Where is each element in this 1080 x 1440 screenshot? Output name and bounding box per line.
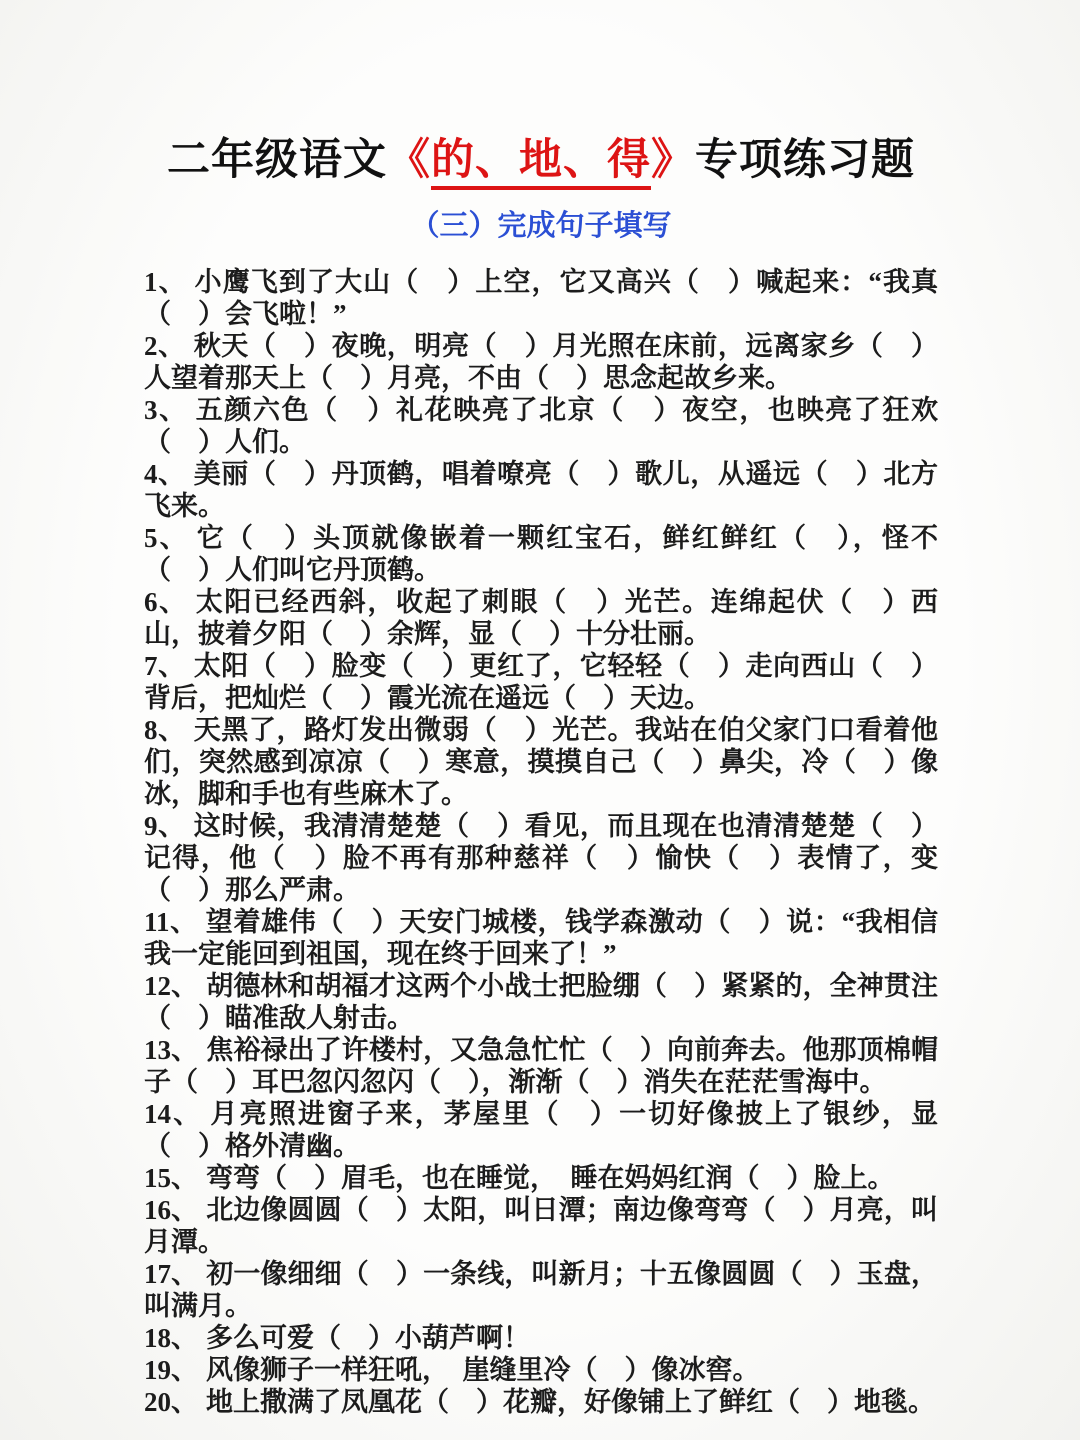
question-item: 12、胡德林和胡福才这两个小战士把脸绷（ ）紧紧的，全神贯注（ ）瞄准敌人射击。 xyxy=(144,970,938,1034)
question-item: 20、地上撒满了凤凰花（ ）花瓣，好像铺上了鲜红（ ）地毯。 xyxy=(144,1386,938,1418)
title-prefix: 二年级语文 xyxy=(167,137,387,184)
question-text: 地上撒满了凤凰花（ ）花瓣，好像铺上了鲜红（ ）地毯。 xyxy=(206,1387,935,1417)
question-text: 这时候，我清清楚楚（ ）看见，而且现在也清清楚楚（ ）记得，他（ ）脸不再有那种… xyxy=(144,811,938,905)
question-number: 3、 xyxy=(144,395,188,425)
question-item: 17、初一像细细（ ）一条线，叫新月；十五像圆圆（ ）玉盘，叫满月。 xyxy=(144,1258,938,1322)
question-number: 13、 xyxy=(144,1035,198,1065)
worksheet-page: 二年级语文《的、地、得》专项练习题 （三）完成句子填写 1、小鹰飞到了大山（ ）… xyxy=(0,0,1080,1440)
question-item: 1、小鹰飞到了大山（ ）上空，它又高兴（ ）喊起来：“我真（ ）会飞啦！” xyxy=(144,266,938,330)
question-number: 9、 xyxy=(144,811,186,841)
question-list: 1、小鹰飞到了大山（ ）上空，它又高兴（ ）喊起来：“我真（ ）会飞啦！” 2、… xyxy=(144,266,938,1418)
question-text: 秋天（ ）夜晚，明亮（ ）月光照在床前，远离家乡（ ）人望着那天上（ ）月亮，不… xyxy=(144,331,938,393)
page-subtitle: （三）完成句子填写 xyxy=(144,203,938,244)
question-item: 11、望着雄伟（ ）天安门城楼，钱学森激动（ ）说：“我相信我一定能回到祖国，现… xyxy=(144,906,938,970)
question-item: 14、月亮照进窗子来，茅屋里（ ）一切好像披上了银纱，显（ ）格外清幽。 xyxy=(144,1098,938,1162)
question-item: 16、北边像圆圆（ ）太阳，叫日潭；南边像弯弯（ ）月亮，叫月潭。 xyxy=(144,1194,938,1258)
question-item: 2、秋天（ ）夜晚，明亮（ ）月光照在床前，远离家乡（ ）人望着那天上（ ）月亮… xyxy=(144,330,938,394)
question-item: 18、多么可爱（ ）小葫芦啊！ xyxy=(144,1322,938,1354)
question-text: 胡德林和胡福才这两个小战士把脸绷（ ）紧紧的，全神贯注（ ）瞄准敌人射击。 xyxy=(144,971,938,1033)
question-text: 多么可爱（ ）小葫芦啊！ xyxy=(206,1323,530,1353)
question-number: 19、 xyxy=(144,1355,198,1385)
title-highlight: 的、地、得 xyxy=(431,137,651,190)
question-item: 9、这时候，我清清楚楚（ ）看见，而且现在也清清楚楚（ ）记得，他（ ）脸不再有… xyxy=(144,810,938,906)
question-text: 太阳已经西斜，收起了刺眼（ ）光芒。连绵起伏（ ）西山，披着夕阳（ ）余辉，显（… xyxy=(144,587,938,649)
question-number: 20、 xyxy=(144,1387,198,1417)
question-text: 太阳（ ）脸变（ ）更红了，它轻轻（ ）走向西山（ ）背后，把灿烂（ ）霞光流在… xyxy=(144,651,938,713)
question-number: 12、 xyxy=(144,971,198,1001)
question-text: 焦裕禄出了许楼村，又急急忙忙（ ）向前奔去。他那顶棉帽子（ ）耳巴忽闪忽闪（ ）… xyxy=(144,1035,938,1097)
title-bracket-close: 》 xyxy=(651,137,695,184)
question-item: 8、天黑了，路灯发出微弱（ ）光芒。我站在伯父家门口看着他们，突然感到凉凉（ ）… xyxy=(144,714,938,810)
question-item: 4、美丽（ ）丹顶鹤，唱着嘹亮（ ）歌儿，从遥远（ ）北方飞来。 xyxy=(144,458,938,522)
question-number: 5、 xyxy=(144,523,189,553)
question-text: 美丽（ ）丹顶鹤，唱着嘹亮（ ）歌儿，从遥远（ ）北方飞来。 xyxy=(144,459,938,521)
question-number: 1、 xyxy=(144,267,187,297)
question-text: 它（ ）头顶就像嵌着一颗红宝石，鲜红鲜红（ ），怪不（ ）人们叫它丹顶鹤。 xyxy=(144,523,938,585)
question-item: 13、焦裕禄出了许楼村，又急急忙忙（ ）向前奔去。他那顶棉帽子（ ）耳巴忽闪忽闪… xyxy=(144,1034,938,1098)
question-number: 4、 xyxy=(144,459,186,489)
question-number: 14、 xyxy=(144,1099,202,1129)
question-item: 7、太阳（ ）脸变（ ）更红了，它轻轻（ ）走向西山（ ）背后，把灿烂（ ）霞光… xyxy=(144,650,938,714)
question-text: 弯弯（ ）眉毛，也在睡觉， 睡在妈妈红润（ ）脸上。 xyxy=(206,1163,895,1193)
question-number: 2、 xyxy=(144,331,186,361)
question-text: 北边像圆圆（ ）太阳，叫日潭；南边像弯弯（ ）月亮，叫月潭。 xyxy=(144,1195,938,1257)
question-item: 6、太阳已经西斜，收起了刺眼（ ）光芒。连绵起伏（ ）西山，披着夕阳（ ）余辉，… xyxy=(144,586,938,650)
question-number: 6、 xyxy=(144,587,188,617)
question-item: 3、五颜六色（ ）礼花映亮了北京（ ）夜空，也映亮了狂欢（ ）人们。 xyxy=(144,394,938,458)
question-text: 天黑了，路灯发出微弱（ ）光芒。我站在伯父家门口看着他们，突然感到凉凉（ ）寒意… xyxy=(144,715,938,809)
question-number: 18、 xyxy=(144,1323,198,1353)
question-number: 17、 xyxy=(144,1259,198,1289)
question-text: 风像狮子一样狂吼， 崖缝里冷（ ）像冰窖。 xyxy=(206,1355,760,1385)
question-item: 19、风像狮子一样狂吼， 崖缝里冷（ ）像冰窖。 xyxy=(144,1354,938,1386)
question-text: 五颜六色（ ）礼花映亮了北京（ ）夜空，也映亮了狂欢（ ）人们。 xyxy=(144,395,938,457)
question-number: 7、 xyxy=(144,651,186,681)
question-item: 5、它（ ）头顶就像嵌着一颗红宝石，鲜红鲜红（ ），怪不（ ）人们叫它丹顶鹤。 xyxy=(144,522,938,586)
page-title: 二年级语文《的、地、得》专项练习题 xyxy=(144,126,938,187)
title-suffix: 专项练习题 xyxy=(695,137,915,184)
question-item: 15、弯弯（ ）眉毛，也在睡觉， 睡在妈妈红润（ ）脸上。 xyxy=(144,1162,938,1194)
question-text: 月亮照进窗子来，茅屋里（ ）一切好像披上了银纱，显（ ）格外清幽。 xyxy=(144,1099,938,1161)
question-number: 16、 xyxy=(144,1195,198,1225)
title-bracket-open: 《 xyxy=(387,137,431,184)
question-text: 小鹰飞到了大山（ ）上空，它又高兴（ ）喊起来：“我真（ ）会飞啦！” xyxy=(144,267,938,329)
question-number: 15、 xyxy=(144,1163,198,1193)
question-number: 11、 xyxy=(144,907,198,937)
question-number: 8、 xyxy=(144,715,186,745)
question-text: 望着雄伟（ ）天安门城楼，钱学森激动（ ）说：“我相信我一定能回到祖国，现在终于… xyxy=(144,907,938,969)
question-text: 初一像细细（ ）一条线，叫新月；十五像圆圆（ ）玉盘，叫满月。 xyxy=(144,1259,938,1321)
